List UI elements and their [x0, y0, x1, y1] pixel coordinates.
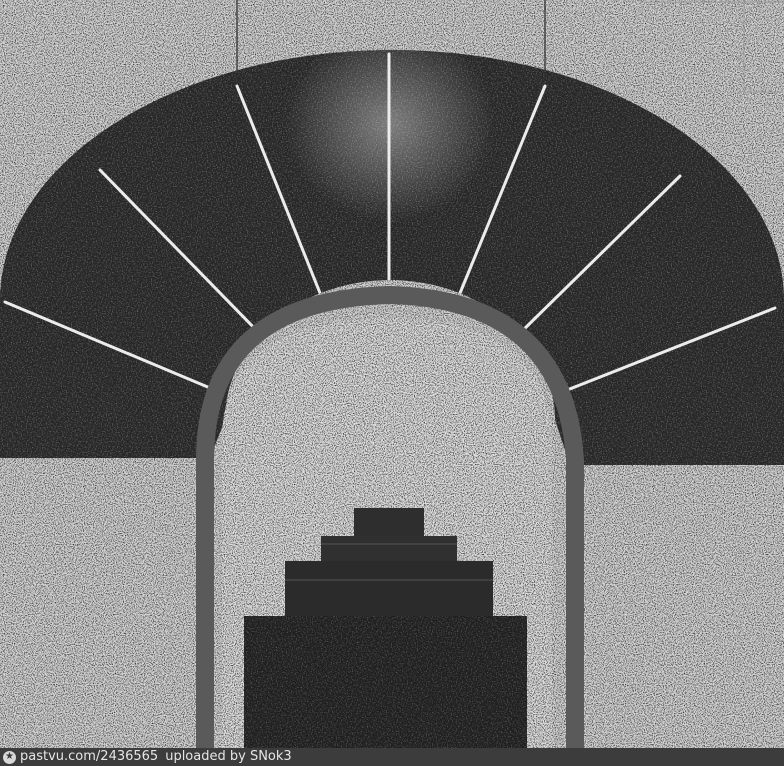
caption-bar: pastvu.com/2436565 uploaded by SNok3 — [0, 748, 784, 766]
uploader-text: uploaded by SNok3 — [165, 748, 291, 766]
pastvu-logo-icon — [3, 751, 16, 764]
photo-frame: pastvu.com/2436565 uploaded by SNok3 — [0, 0, 784, 766]
monument-photo — [0, 0, 784, 748]
photo-url[interactable]: pastvu.com/2436565 — [20, 748, 158, 766]
